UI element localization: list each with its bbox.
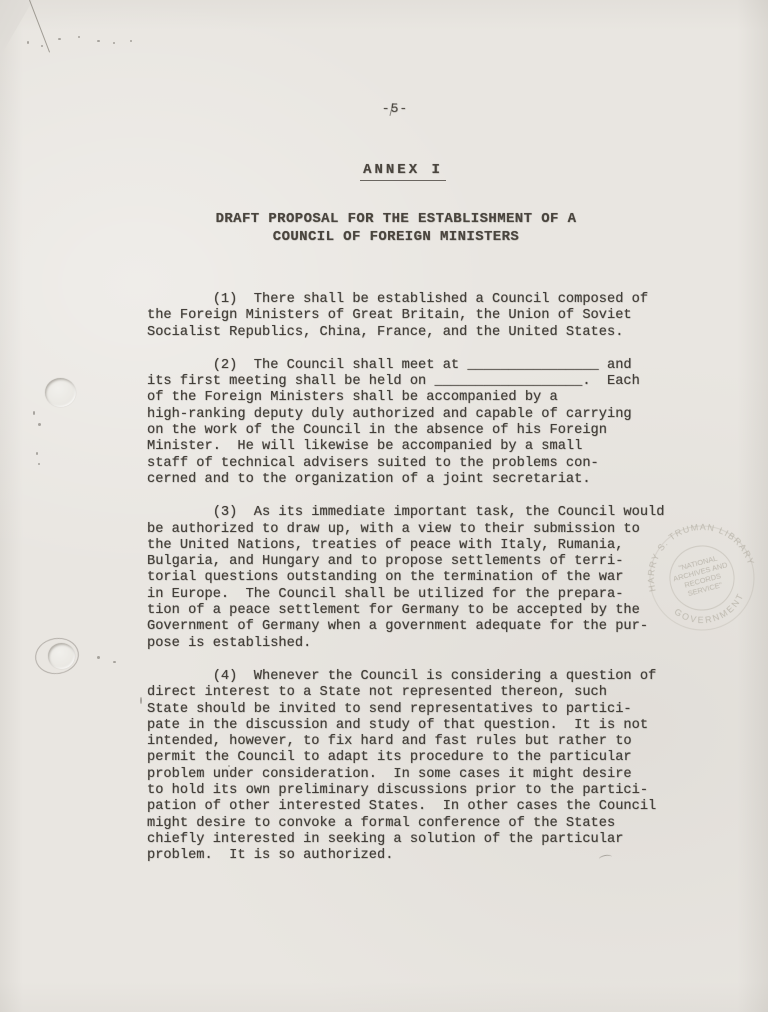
punch-hole-top <box>45 378 76 407</box>
annex-heading: ANNEX I <box>147 162 659 181</box>
paragraph-4: (4) Whenever the Council is considering … <box>147 669 707 865</box>
document-body: (1) There shall be established a Council… <box>147 292 707 882</box>
punch-hole-bottom <box>48 643 75 669</box>
document-title-line2: COUNCIL OF FOREIGN MINISTERS <box>131 229 661 247</box>
corner-fold-line <box>29 0 50 52</box>
paragraph-3: (3) As its immediate important task, the… <box>147 505 707 652</box>
document-title-line1: DRAFT PROPOSAL FOR THE ESTABLISHMENT OF … <box>131 211 661 229</box>
annex-heading-text: ANNEX I <box>360 162 446 181</box>
paragraph-1: (1) There shall be established a Council… <box>147 292 707 341</box>
document-page: -5- ANNEX I DRAFT PROPOSAL FOR THE ESTAB… <box>0 0 768 1012</box>
document-title: DRAFT PROPOSAL FOR THE ESTABLISHMENT OF … <box>131 211 661 246</box>
corner-fold <box>0 0 33 57</box>
page-number: -5- <box>330 101 460 116</box>
paragraph-2: (2) The Council shall meet at __________… <box>147 358 707 488</box>
